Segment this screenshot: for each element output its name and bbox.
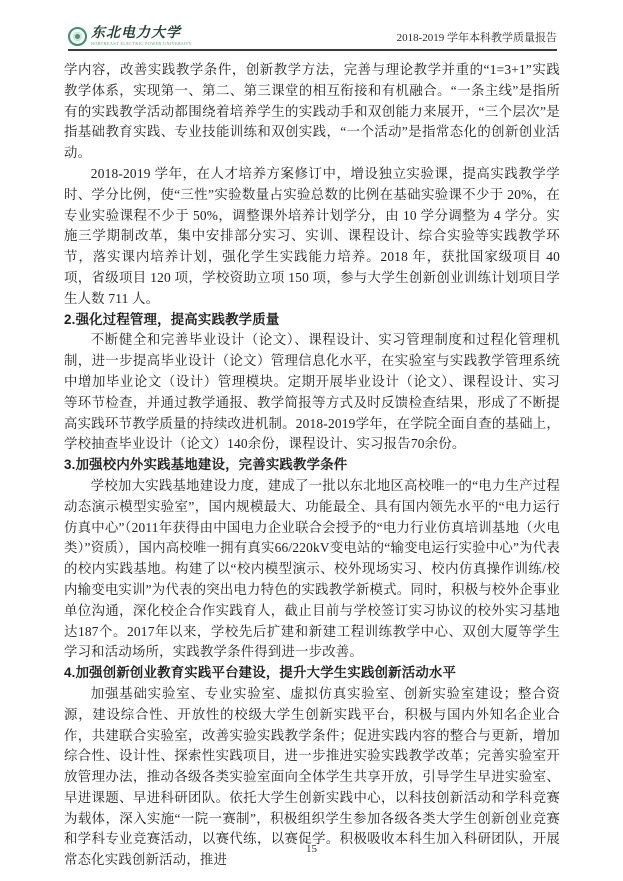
university-emblem-icon [68, 27, 87, 46]
paragraph: 2018-2019 学年，在人才培养方案修订中，增设独立实验课，提高实践教学学时… [64, 164, 560, 310]
section-heading-4: 4.加强创新创业教育实践平台建设，提升大学生实践创新活动水平 [64, 663, 560, 684]
university-logo: 东北电力大学 NORTHEAST ELECTRIC POWER UNIVERSI… [68, 27, 192, 46]
page-header: 东北电力大学 NORTHEAST ELECTRIC POWER UNIVERSI… [68, 27, 557, 51]
logo-text-block: 东北电力大学 NORTHEAST ELECTRIC POWER UNIVERSI… [91, 27, 192, 46]
report-title: 2018-2019 学年本科教学质量报告 [397, 29, 557, 46]
university-name-english: NORTHEAST ELECTRIC POWER UNIVERSITY [91, 42, 192, 46]
paragraph-continuation: 学内容，改善实践教学条件，创新教学方法，完善与理论教学并重的“1=3+1”实践教… [64, 60, 560, 164]
university-name: 东北电力大学 [91, 27, 192, 41]
paragraph: 学校加大实践基地建设力度，建成了一批以东北地区高校唯一的“电力生产过程动态演示模… [64, 476, 560, 663]
paragraph: 不断健全和完善毕业设计（论文）、课程设计、实习管理制度和过程化管理机制，进一步提… [64, 330, 560, 455]
document-body: 学内容，改善实践教学条件，创新教学方法，完善与理论教学并重的“1=3+1”实践教… [64, 60, 560, 871]
section-heading-3: 3.加强校内外实践基地建设，完善实践教学条件 [64, 455, 560, 476]
section-heading-2: 2.强化过程管理，提高实践教学质量 [64, 310, 560, 331]
page-number: 15 [306, 843, 317, 855]
emblem-core-icon [73, 32, 82, 41]
page-footer: 15 [0, 843, 623, 855]
document-page: 东北电力大学 NORTHEAST ELECTRIC POWER UNIVERSI… [0, 0, 623, 881]
